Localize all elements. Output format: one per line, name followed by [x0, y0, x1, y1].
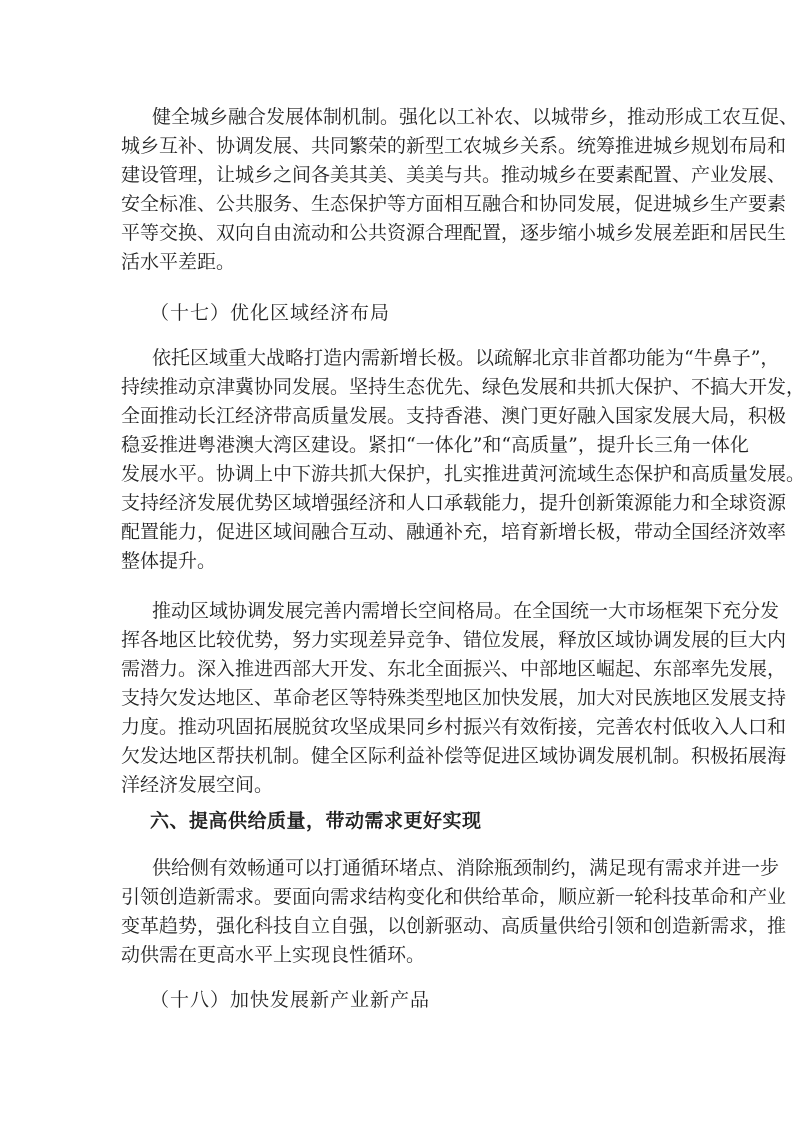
paragraph-line: 需潜力。深入推进西部大开发、东北全面振兴、中部地区崛起、东部率先发展， [121, 658, 673, 680]
paragraph-line: 动供需在更高水平上实现良性循环。 [121, 944, 673, 966]
paragraph-line: 支持欠发达地区、革命老区等特殊类型地区加快发展，加大对民族地区发展支持 [121, 687, 673, 709]
paragraph-line: 安全标准、公共服务、生态保护等方面相互融合和协同发展，促进城乡生产要素 [121, 193, 673, 215]
paragraph-line: 力度。推动巩固拓展脱贫攻坚成果同乡村振兴有效衔接，完善农村低收入人口和 [121, 716, 673, 738]
paragraph-line: 挥各地区比较优势，努力实现差异竞争、错位发展，释放区域协调发展的巨大内 [121, 629, 673, 651]
paragraph-line: 支持经济发展优势区域增强经济和人口承载能力，提升创新策源能力和全球资源 [121, 492, 673, 514]
section-heading-6: 六、提高供给质量，带动需求更好实现 [150, 810, 482, 832]
paragraph-line: 引领创造新需求。要面向需求结构变化和供给革命，顺应新一轮科技革命和产业 [121, 886, 673, 908]
paragraph-line: 发展水平。协调上中下游共抓大保护，扎实推进黄河流域生态保护和高质量发展。 [121, 463, 673, 485]
paragraph-line: 建设管理，让城乡之间各美其美、美美与共。推动城乡在要素配置、产业发展、 [121, 164, 673, 186]
subsection-heading-18: （十八）加快发展新产业新产品 [150, 989, 430, 1011]
paragraph-line: 全面推动长江经济带高质量发展。支持香港、澳门更好融入国家发展大局，积极 [121, 405, 673, 427]
paragraph-line: 整体提升。 [121, 550, 673, 572]
paragraph-line: 洋经济发展空间。 [121, 774, 673, 796]
paragraph-line: 配置能力，促进区域间融合互动、融通补充，培育新增长极，带动全国经济效率 [121, 521, 673, 543]
paragraph-line: 依托区域重大战略打造内需新增长极。以疏解北京非首都功能为“牛鼻子”， [152, 347, 673, 369]
document-page: 健全城乡融合发展体制机制。强化以工补农、以城带乡，推动形成工农互促、 城乡互补、… [0, 0, 793, 1122]
paragraph-line: 欠发达地区帮扶机制。健全区际利益补偿等促进区域协调发展机制。积极拓展海 [121, 745, 673, 767]
paragraph-line: 稳妥推进粤港澳大湾区建设。紧扣“一体化”和“高质量”，提升长三角一体化 [121, 434, 673, 456]
paragraph-line: 活水平差距。 [121, 251, 673, 273]
paragraph-line: 平等交换、双向自由流动和公共资源合理配置，逐步缩小城乡发展差距和居民生 [121, 222, 673, 244]
paragraph-line: 变革趋势，强化科技自立自强，以创新驱动、高质量供给引领和创造新需求，推 [121, 915, 673, 937]
subsection-heading-17: （十七）优化区域经济布局 [150, 302, 390, 324]
paragraph-line: 城乡互补、协调发展、共同繁荣的新型工农城乡关系。统筹推进城乡规划布局和 [121, 135, 673, 157]
paragraph-line: 持续推动京津冀协同发展。坚持生态优先、绿色发展和共抓大保护、不搞大开发， [121, 376, 673, 398]
paragraph-line: 供给侧有效畅通可以打通循环堵点、消除瓶颈制约，满足现有需求并进一步 [152, 857, 673, 879]
paragraph-line: 健全城乡融合发展体制机制。强化以工补农、以城带乡，推动形成工农互促、 [152, 106, 673, 128]
paragraph-line: 推动区域协调发展完善内需增长空间格局。在全国统一大市场框架下充分发 [152, 600, 673, 622]
